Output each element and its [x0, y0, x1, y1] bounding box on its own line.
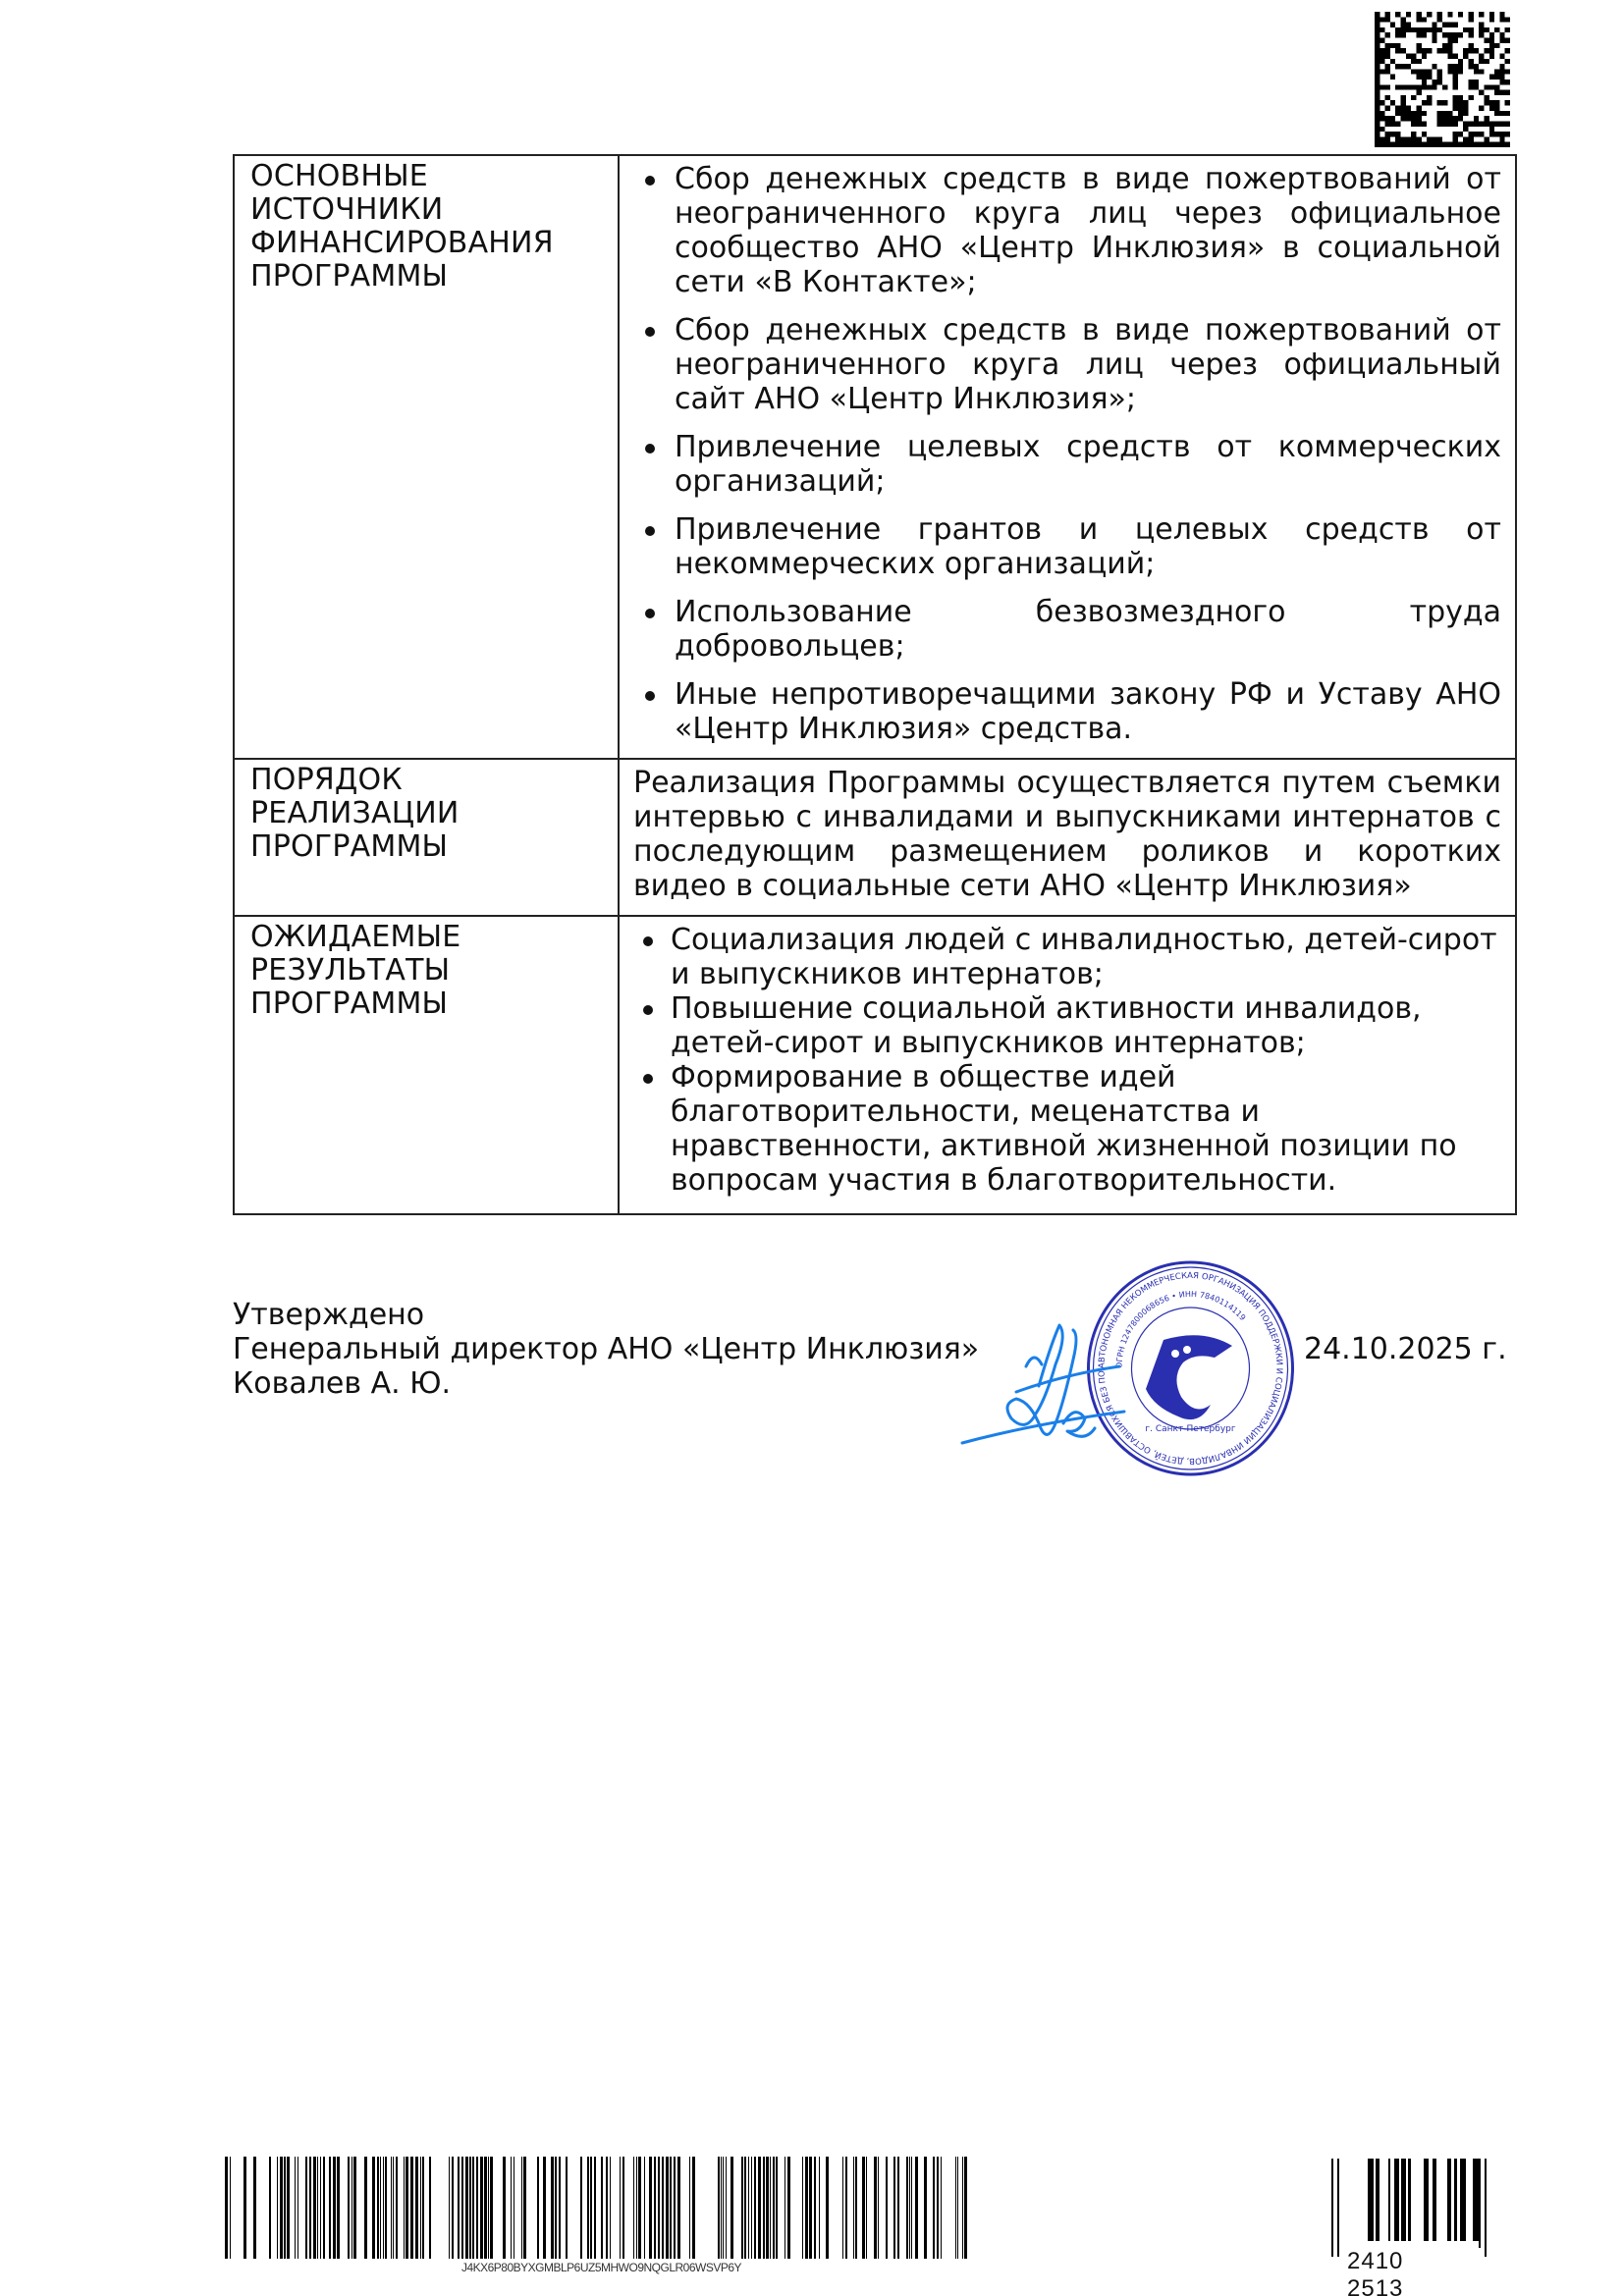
table-row-results: ОЖИДАЕМЫЕ РЕЗУЛЬТАТЫ ПРОГРАММЫ Социализа… — [234, 916, 1516, 1214]
list-item: Социализация людей с инвалидностью, дете… — [633, 923, 1501, 991]
document-barcode — [225, 2157, 978, 2259]
list-item: Формирование в обществе идей благотворит… — [633, 1060, 1501, 1198]
list-item: Сбор денежных средств в виде пожертвован… — [633, 313, 1501, 416]
implementation-label: ПОРЯДОК РЕАЛИЗАЦИИ ПРОГРАММЫ — [250, 764, 606, 864]
row-content: Социализация людей с инвалидностью, дете… — [619, 916, 1516, 1214]
ean-barcode-text: 2410 2513 — [1345, 2248, 1483, 2296]
table-row-implementation: ПОРЯДОК РЕАЛИЗАЦИИ ПРОГРАММЫ Реализация … — [234, 759, 1516, 916]
list-item: Сбор денежных средств в виде пожертвован… — [633, 162, 1501, 299]
document-barcode-text: J4KX6P80BYXGMBLP6UZ5MHWO9NQGLR06WSVP6Y — [225, 2261, 978, 2274]
ean-barcode — [1331, 2159, 1488, 2257]
row-content: Реализация Программы осуществляется путе… — [619, 759, 1516, 916]
row-label: ОЖИДАЕМЫЕ РЕЗУЛЬТАТЫ ПРОГРАММЫ — [234, 916, 619, 1214]
funding-sources-label: ОСНОВНЫЕ ИСТОЧНИКИ ФИНАНСИРОВАНИЯ ПРОГРА… — [250, 160, 606, 294]
ean-code-part2: 2513 — [1345, 2275, 1405, 2296]
implementation-text: Реализация Программы осуществляется путе… — [633, 766, 1501, 903]
list-item: Повышение социальной активности инвалидо… — [633, 991, 1501, 1060]
funding-sources-list: Сбор денежных средств в виде пожертвован… — [633, 162, 1501, 746]
expected-results-label: ОЖИДАЕМЫЕ РЕЗУЛЬТАТЫ ПРОГРАММЫ — [250, 921, 606, 1021]
table-row-funding: ОСНОВНЫЕ ИСТОЧНИКИ ФИНАНСИРОВАНИЯ ПРОГРА… — [234, 155, 1516, 759]
approval-position: Генеральный директор АНО «Центр Инклюзия… — [233, 1332, 979, 1366]
list-item: Иные непротиворечащими закону РФ и Устав… — [633, 677, 1501, 746]
approval-date: 24.10.2025 г. — [1304, 1332, 1507, 1366]
datamatrix-code — [1375, 12, 1510, 147]
list-item: Привлечение грантов и целевых средств от… — [633, 512, 1501, 581]
row-label: ПОРЯДОК РЕАЛИЗАЦИИ ПРОГРАММЫ — [234, 759, 619, 916]
list-item: Использование безвозмездного труда добро… — [633, 595, 1501, 664]
program-table: ОСНОВНЫЕ ИСТОЧНИКИ ФИНАНСИРОВАНИЯ ПРОГРА… — [233, 154, 1517, 1215]
expected-results-list: Социализация людей с инвалидностью, дете… — [633, 923, 1501, 1198]
approval-name: Ковалев А. Ю. — [233, 1366, 979, 1401]
svg-text:г. Санкт-Петербург: г. Санкт-Петербург — [1145, 1424, 1235, 1434]
list-item: Привлечение целевых средств от коммерчес… — [633, 430, 1501, 499]
signature — [957, 1306, 1144, 1463]
approval-block: Утверждено Генеральный директор АНО «Цен… — [233, 1298, 979, 1401]
ean-code-part1: 2410 — [1345, 2248, 1405, 2274]
row-label: ОСНОВНЫЕ ИСТОЧНИКИ ФИНАНСИРОВАНИЯ ПРОГРА… — [234, 155, 619, 759]
approval-title: Утверждено — [233, 1298, 979, 1332]
row-content: Сбор денежных средств в виде пожертвован… — [619, 155, 1516, 759]
